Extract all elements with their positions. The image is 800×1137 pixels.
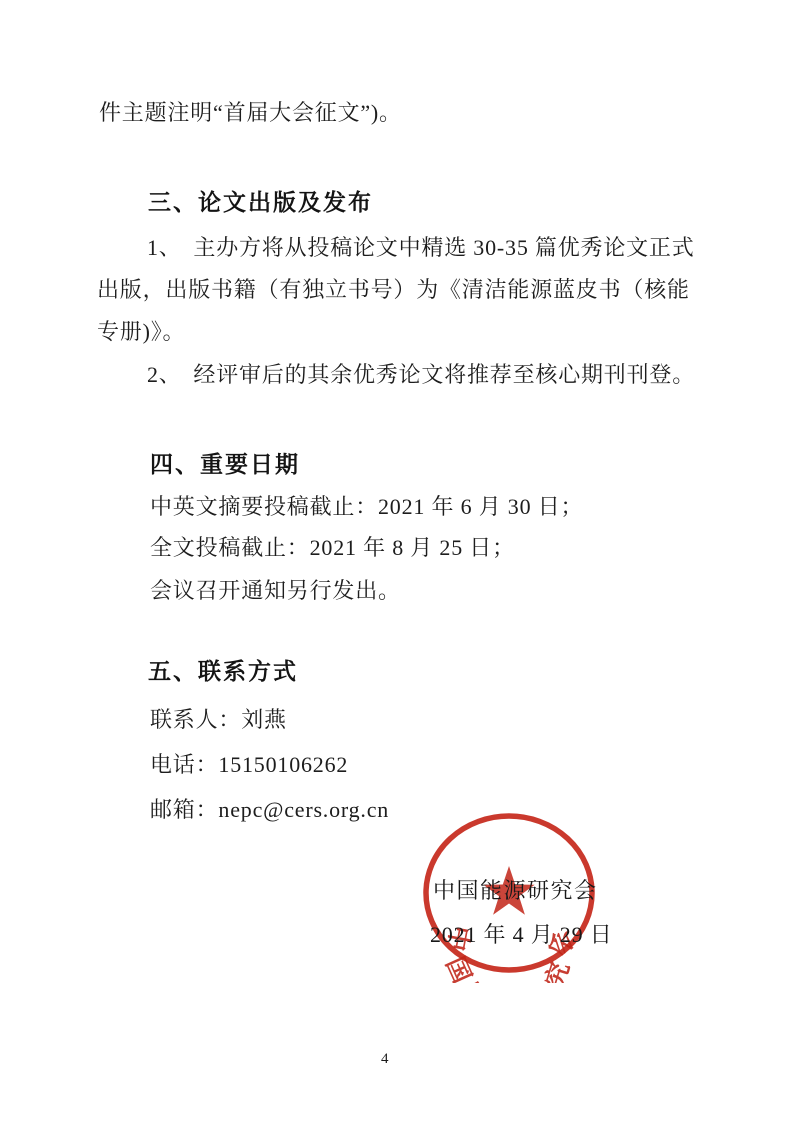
section-4-line2: 全文投稿截止：2021 年 8 月 25 日； <box>150 534 515 561</box>
section-3-item1-line1: 1、 主办方将从投稿论文中精选 30-35 篇优秀论文正式 <box>147 234 695 261</box>
intro-line: 件主题注明“首届大会征文”)。 <box>99 99 402 126</box>
signature-org: 中国能源研究会 <box>433 877 598 904</box>
section-3-item1-line2: 出版，出版书籍（有独立书号）为《清洁能源蓝皮书（核能 <box>97 276 690 303</box>
section-3-heading: 三、论文出版及发布 <box>148 189 373 216</box>
section-4-line3: 会议召开通知另行发出。 <box>150 577 401 604</box>
contact-person-line: 联系人：刘燕 <box>150 706 287 733</box>
section-5-heading: 五、联系方式 <box>148 658 298 685</box>
signature-date: 2021 年 4 月 29 日 <box>430 921 613 948</box>
section-3-item2: 2、 经评审后的其余优秀论文将推荐至核心期刊刊登。 <box>147 361 695 388</box>
contact-phone-line: 电话：15150106262 <box>150 751 348 778</box>
section-4-line1: 中英文摘要投稿截止：2021 年 6 月 30 日； <box>150 493 583 520</box>
section-3-item1-line3: 专册)》。 <box>97 318 185 345</box>
page-number: 4 <box>381 1051 389 1068</box>
section-4-heading: 四、重要日期 <box>150 451 300 478</box>
document-page: 件主题注明“首届大会征文”)。 三、论文出版及发布 1、 主办方将从投稿论文中精… <box>0 0 800 1137</box>
contact-email-line: 邮箱：nepc@cers.org.cn <box>150 796 389 823</box>
